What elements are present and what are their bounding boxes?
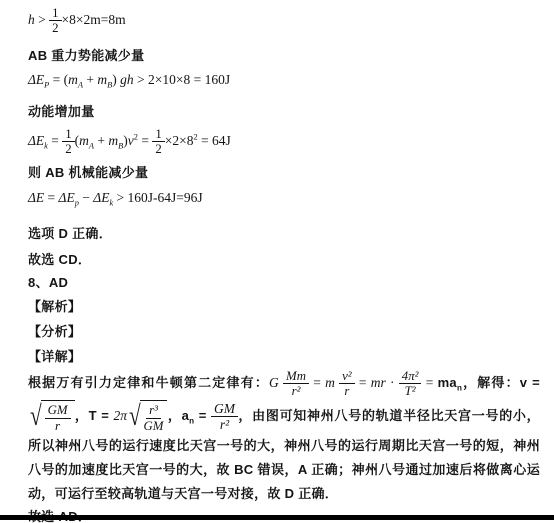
var-mr: mr: [371, 375, 386, 390]
delta-ep-symbol: ΔE: [59, 190, 75, 205]
radical-sign: √: [30, 405, 42, 429]
radicand: GMr: [41, 400, 75, 433]
fraction-one-half: 12: [152, 127, 164, 157]
fraction-numerator: 4π²: [399, 369, 422, 384]
fraction-numerator: r³: [146, 403, 161, 418]
label-jiexi: 【解析】: [28, 298, 540, 315]
heading-me-decrease: 则 AB 机械能减少量: [28, 164, 540, 181]
heading-gravity-pe-decrease: AB 重力势能减少量: [28, 47, 540, 64]
math-token: =: [138, 133, 152, 148]
fraction-denominator: r²: [220, 417, 229, 432]
math-token: −: [79, 190, 93, 205]
math-token: 2×10×8 = 160J: [148, 72, 230, 87]
fraction-numerator: 1: [62, 127, 74, 142]
math-token: =: [194, 408, 211, 423]
comma: ，: [167, 408, 181, 423]
delta-e-symbol: ΔE: [28, 190, 44, 205]
formula-delta-e: ΔE = ΔEp − ΔEk > 160J-64J=96J: [28, 190, 540, 209]
math-token: >: [134, 72, 148, 87]
question-8-answer: 8、AD: [28, 274, 540, 291]
var-g: G: [269, 375, 279, 390]
fraction-numerator: GM: [211, 401, 238, 417]
math-token: ): [112, 72, 120, 87]
delta-ek-symbol: ΔE: [93, 190, 109, 205]
formula-height-drop: h > 12×8×2m=8m: [28, 6, 540, 36]
var-man: ma: [438, 375, 457, 390]
var-h: h: [28, 12, 35, 27]
math-token: =: [355, 375, 371, 390]
jiede-label: 解得：: [477, 375, 520, 390]
var-m: m: [97, 72, 107, 87]
gravitation-equation: G Mmr² = m v²r = mr · 4π²T² =: [269, 375, 438, 390]
comma: ，: [462, 375, 477, 390]
fraction-denominator: T²: [405, 384, 416, 398]
math-token: ×8×2m=8m: [62, 12, 126, 27]
fraction-numerator: GM: [45, 403, 71, 418]
math-token: =: [421, 375, 437, 390]
two-pi: 2π: [113, 408, 127, 423]
fraction-numerator: 1: [152, 127, 164, 142]
formula-delta-ek: ΔEk = 12(mA + mB)v2 = 12×2×82 = 64J: [28, 127, 540, 157]
fraction-gm-r: GMr: [45, 403, 71, 433]
math-token: =: [44, 190, 58, 205]
fraction-denominator: GM: [144, 419, 164, 433]
var-m: m: [68, 72, 78, 87]
document-page: h > 12×8×2m=8m AB 重力势能减少量 ΔEP = (mA + mB…: [0, 0, 554, 523]
var-m: m: [325, 375, 335, 390]
math-token: =: [309, 375, 325, 390]
math-token: = 64J: [198, 133, 231, 148]
comma: ，: [75, 408, 89, 423]
label-fenxi: 【分析】: [28, 323, 540, 340]
fraction-denominator: r: [55, 419, 60, 433]
fraction-denominator: 2: [52, 21, 58, 35]
math-token: 160J-64J=96J: [128, 190, 203, 205]
formula-delta-ep: ΔEP = (mA + mB) gh > 2×10×8 = 160J: [28, 72, 540, 91]
fraction-v2-r: v²r: [339, 369, 355, 399]
t-equals: T =: [89, 408, 114, 423]
sqrt-r3-over-gm: √r³GM: [127, 400, 168, 433]
math-token: >: [35, 12, 49, 27]
fraction-numerator: Mm: [283, 369, 309, 384]
sqrt-gm-over-r: √GMr: [28, 400, 75, 433]
math-token: >: [113, 190, 127, 205]
radicand: r³GM: [140, 400, 168, 433]
fraction-denominator: 2: [155, 142, 161, 156]
math-token: ×2×8: [165, 133, 194, 148]
fraction-denominator: r: [344, 384, 349, 398]
label-xiangjie: 【详解】: [28, 348, 540, 365]
paragraph-intro: 根据万有引力定律和牛顿第二定律有：: [28, 375, 269, 390]
fraction-r3-gm: r³GM: [144, 403, 164, 433]
bottom-rule: [0, 515, 554, 520]
fraction-denominator: r²: [292, 384, 301, 398]
fraction-one-half: 12: [49, 6, 61, 36]
fraction-mm-r2: Mmr²: [283, 369, 309, 399]
answer-cd: 故选 CD．: [28, 251, 540, 268]
option-d-correct: 选项 D 正确．: [28, 225, 540, 242]
math-token: = (: [49, 72, 68, 87]
fraction-numerator: 1: [49, 6, 61, 21]
fraction-denominator: 2: [65, 142, 71, 156]
radical-sign: √: [129, 405, 141, 429]
var-gh: gh: [120, 72, 134, 87]
fraction-one-half: 12: [62, 127, 74, 157]
math-token: +: [94, 133, 108, 148]
v-equals: v =: [520, 375, 540, 390]
heading-ke-increase: 动能增加量: [28, 103, 540, 120]
fraction-gm-r2: GMr²: [211, 401, 238, 432]
math-token: =: [48, 133, 62, 148]
math-token: +: [83, 72, 97, 87]
delta-ek-symbol: ΔE: [28, 133, 44, 148]
var-m: m: [79, 133, 89, 148]
delta-ep-symbol: ΔE: [28, 72, 44, 87]
fraction-numerator: v²: [339, 369, 355, 384]
var-m: m: [108, 133, 118, 148]
dot-operator: ·: [386, 375, 399, 390]
fraction-4pi2-t2: 4π²T²: [399, 369, 422, 399]
solution-paragraph: 根据万有引力定律和牛顿第二定律有：G Mmr² = m v²r = mr · 4…: [28, 369, 540, 506]
